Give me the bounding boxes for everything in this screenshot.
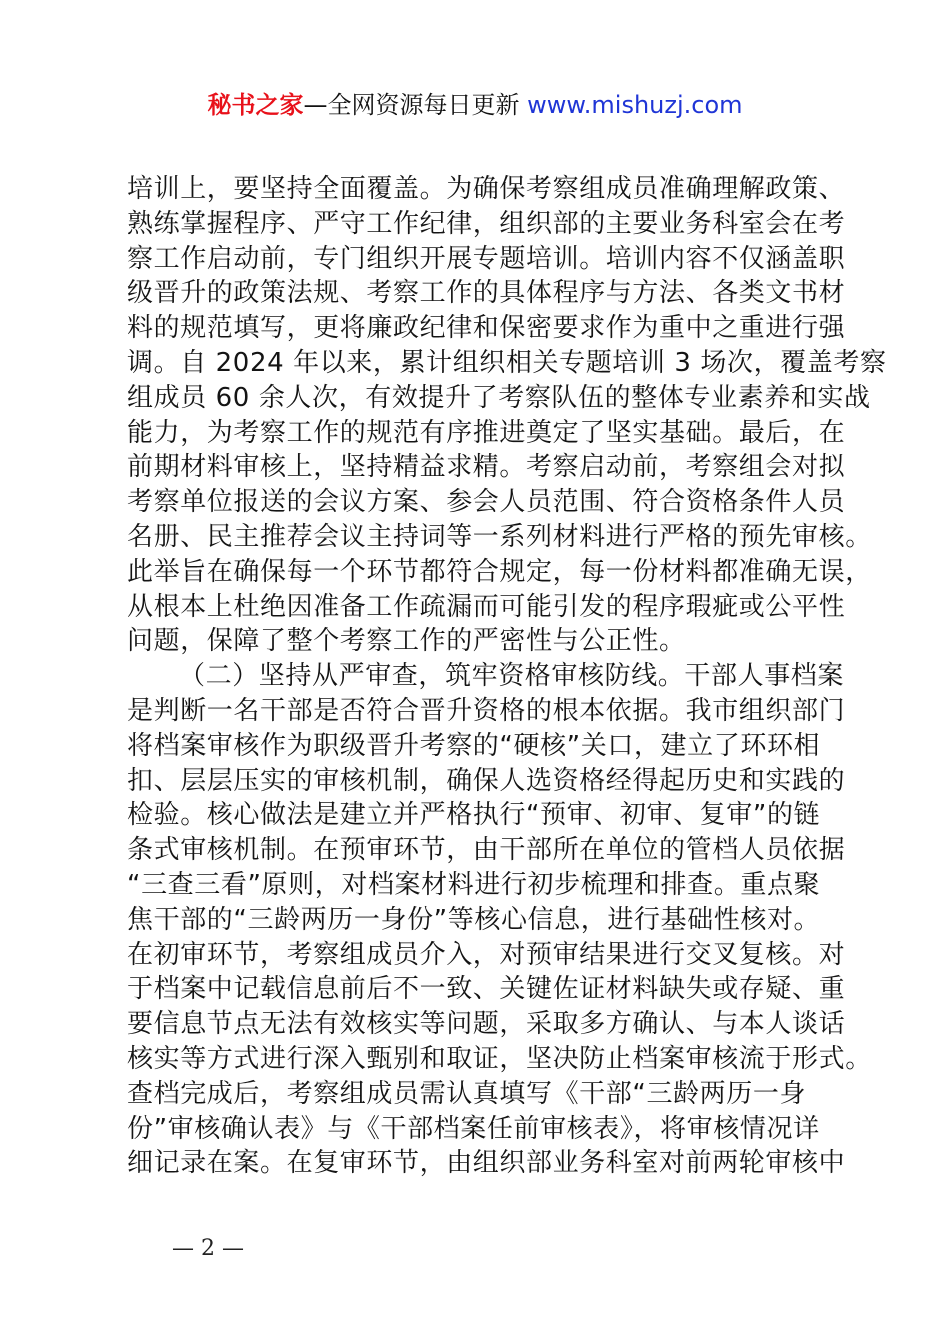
text-line: 要信息节点无法有效核实等问题，采取多方确认、与本人谈话 — [127, 1007, 835, 1042]
text-line: 在初审环节，考察组成员介入，对预审结果进行交叉复核。对 — [127, 938, 835, 973]
text-line: 检验。核心做法是建立并严格执行“预审、初审、复审”的链 — [127, 798, 835, 833]
text-line: 细记录在案。在复审环节，由组织部业务科室对前两轮审核中 — [127, 1146, 835, 1181]
text-line: 从根本上杜绝因准备工作疏漏而可能引发的程序瑕疵或公平性 — [127, 590, 835, 625]
text-line: 培训上，要坚持全面覆盖。为确保考察组成员准确理解政策、 — [127, 172, 835, 207]
brand-name: 秘书之家 — [207, 91, 303, 119]
text-line: 焦干部的“三龄两历一身份”等核心信息，进行基础性核对。 — [127, 903, 835, 938]
text-line: 考察单位报送的会议方案、参会人员范围、符合资格条件人员 — [127, 485, 835, 520]
text-line: 料的规范填写，更将廉政纪律和保密要求作为重中之重进行强 — [127, 311, 835, 346]
text-line: “三查三看”原则，对档案材料进行初步梳理和排查。重点聚 — [127, 868, 835, 903]
site-banner: 秘书之家—全网资源每日更新 www.mishuzj.com — [0, 88, 950, 122]
page-number: — 2 — — [172, 1236, 244, 1261]
text-line: 问题，保障了整个考察工作的严密性与公正性。 — [127, 624, 835, 659]
text-line: 此举旨在确保每一个环节都符合规定，每一份材料都准确无误， — [127, 555, 835, 590]
banner-slogan: —全网资源每日更新 — [303, 91, 519, 119]
text-line: 条式审核机制。在预审环节，由干部所在单位的管档人员依据 — [127, 833, 835, 868]
text-line: 能力，为考察工作的规范有序推进奠定了坚实基础。最后，在 — [127, 416, 835, 451]
text-line: 察工作启动前，专门组织开展专题培训。培训内容不仅涵盖职 — [127, 242, 835, 277]
text-line: 核实等方式进行深入甄别和取证，坚决防止档案审核流于形式。 — [127, 1042, 835, 1077]
text-line: 名册、民主推荐会议主持词等一系列材料进行严格的预先审核。 — [127, 520, 835, 555]
text-line: 级晋升的政策法规、考察工作的具体程序与方法、各类文书材 — [127, 276, 835, 311]
section-heading-line: （二）坚持从严审查，筑牢资格审核防线。干部人事档案 — [127, 659, 835, 694]
text-line: 于档案中记载信息前后不一致、关键佐证材料缺失或存疑、重 — [127, 972, 835, 1007]
text-line: 是判断一名干部是否符合晋升资格的根本依据。我市组织部门 — [127, 694, 835, 729]
text-line: 前期材料审核上，坚持精益求精。考察启动前，考察组会对拟 — [127, 450, 835, 485]
text-line: 扣、层层压实的审核机制，确保人选资格经得起历史和实践的 — [127, 764, 835, 799]
text-line: 查档完成后，考察组成员需认真填写《干部“三龄两历一身 — [127, 1077, 835, 1112]
document-body: 培训上，要坚持全面覆盖。为确保考察组成员准确理解政策、 熟练掌握程序、严守工作纪… — [127, 172, 835, 1181]
text-line: 将档案审核作为职级晋升考察的“硬核”关口，建立了环环相 — [127, 729, 835, 764]
site-url[interactable]: www.mishuzj.com — [519, 91, 742, 119]
text-line: 份”审核确认表》与《干部档案任前审核表》，将审核情况详 — [127, 1112, 835, 1147]
text-line: 熟练掌握程序、严守工作纪律，组织部的主要业务科室会在考 — [127, 207, 835, 242]
text-line: 调。自 2024 年以来，累计组织相关专题培训 3 场次，覆盖考察 — [127, 346, 835, 381]
text-line: 组成员 60 余人次，有效提升了考察队伍的整体专业素养和实战 — [127, 381, 835, 416]
